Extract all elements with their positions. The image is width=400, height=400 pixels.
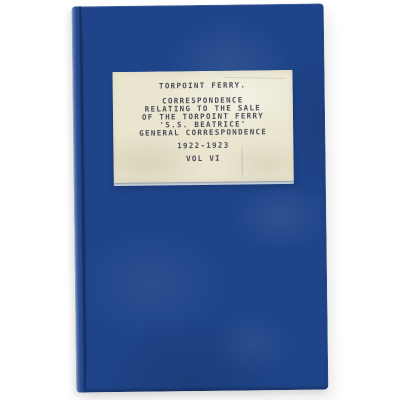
title-label-text: TORPOINT FERRY. CORRESPONDENCE RELATING … [112, 70, 293, 164]
label-line-title: TORPOINT FERRY. [113, 81, 293, 91]
label-line-general: GENERAL CORRESPONDENCE [113, 128, 293, 138]
book-cover: TORPOINT FERRY. CORRESPONDENCE RELATING … [72, 3, 329, 392]
label-line-volume: VOL VI [113, 154, 293, 164]
label-line-years: 1922-1923 [113, 141, 293, 151]
title-label: TORPOINT FERRY. CORRESPONDENCE RELATING … [112, 70, 293, 183]
photo-background: TORPOINT FERRY. CORRESPONDENCE RELATING … [0, 0, 400, 400]
